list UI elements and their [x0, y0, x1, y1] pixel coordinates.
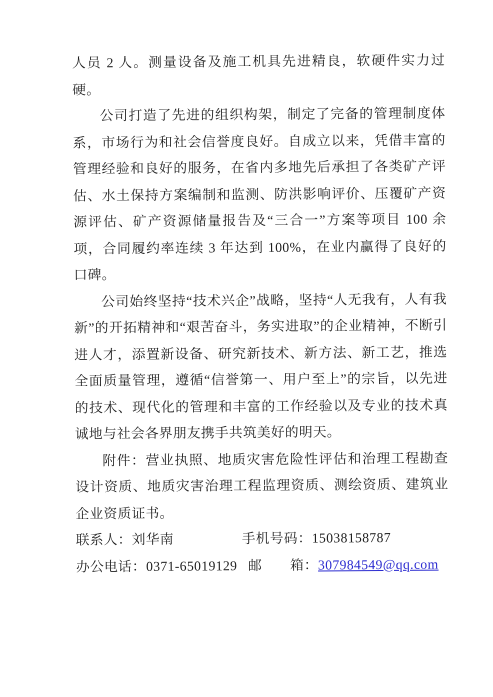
mobile-label: 手机号码：	[242, 531, 312, 547]
document-page: 人员 2 人。测量设备及施工机具先进精良，软硬件实力过硬。 公司打造了先进的组织…	[0, 0, 493, 697]
mobile-number: 手机号码：15038158787	[242, 525, 391, 553]
document-body: 人员 2 人。测量设备及施工机具先进精良，软硬件实力过硬。 公司打造了先进的组织…	[72, 48, 449, 581]
office-phone: 办公电话：0371-65019129	[76, 558, 237, 574]
body-paragraph: 人员 2 人。测量设备及施工机具先进精良，软硬件实力过硬。	[72, 48, 445, 104]
contact-person: 联系人：刘华南	[76, 532, 174, 548]
contact-row-person-mobile: 联系人：刘华南 手机号码：15038158787	[76, 525, 449, 554]
contact-person-value: 刘华南	[132, 532, 174, 547]
contact-person-label: 联系人：	[76, 532, 132, 547]
mobile-value: 15038158787	[312, 530, 391, 546]
email-link[interactable]: 307984549@qq.com	[318, 556, 439, 572]
contact-row-phone-email: 办公电话：0371-65019129 邮 箱：307984549@qq.com	[76, 551, 449, 580]
body-paragraph: 公司打造了先进的组织构架，制定了完备的管理制度体系，市场行为和社会信誉度良好。自…	[72, 101, 446, 289]
office-phone-value: 0371-65019129	[146, 558, 237, 574]
attachments-paragraph: 附件：营业执照、地质灾害危险性评估和治理工程勘查设计资质、地质灾害治理工程监理资…	[75, 445, 449, 527]
email-label: 邮 箱：	[248, 557, 318, 573]
office-phone-label: 办公电话：	[76, 558, 146, 574]
body-paragraph: 公司始终坚持“技术兴企”战略，坚持“人无我有，人有我新”的开拓精神和“艰苦奋斗，…	[74, 286, 448, 448]
email-field: 邮 箱：307984549@qq.com	[248, 551, 439, 579]
